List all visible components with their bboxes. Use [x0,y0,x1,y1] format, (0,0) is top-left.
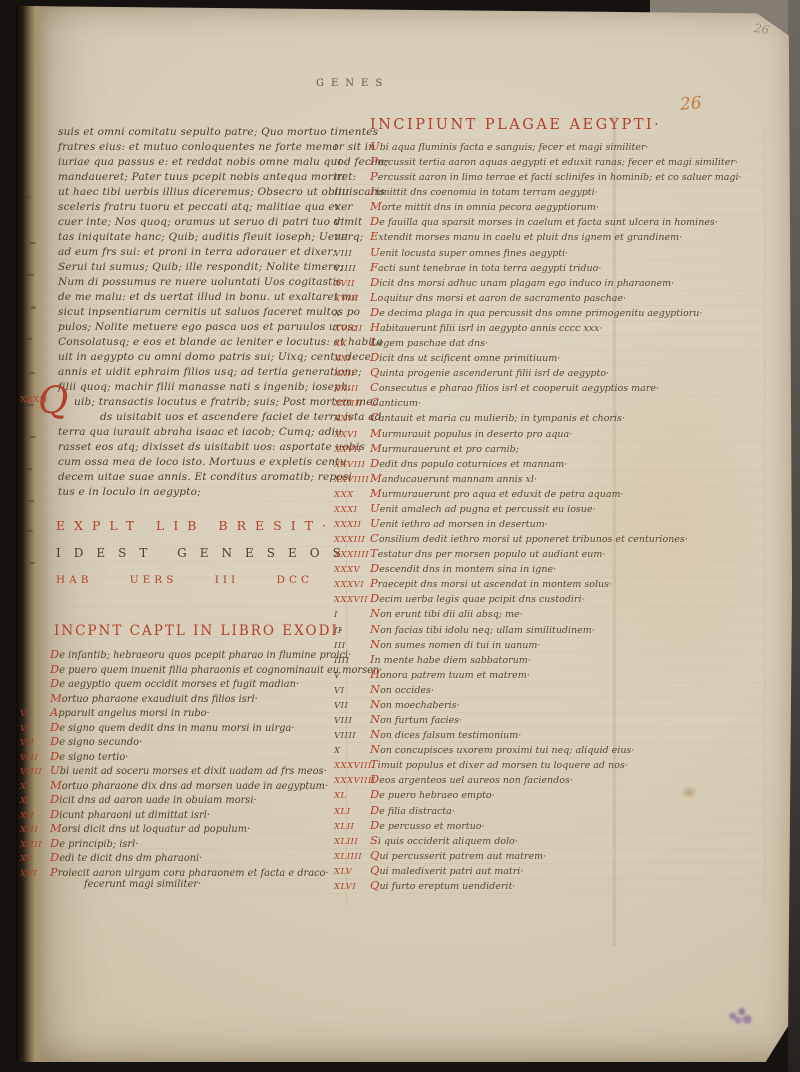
capitula-row: De aegyptio quem occidit morses et fugit… [20,676,299,690]
chapter-numeral: XX [334,339,370,349]
capitula-row: XLVIQui furto ereptum uendiderit· [334,878,515,892]
text-line: cuer inte; Nos quoq; oramus ut seruo di … [58,216,362,228]
edge-fragment-mark [24,196,31,198]
capitula-row: XXIDicit dns ut scificent omne primitiuu… [334,350,560,364]
capitula-row: De puero quem inuenit filia pharaonis et… [20,662,382,676]
capitula-row: VIINon moechaberis· [334,697,460,711]
chapter-numeral: XLII [334,822,370,832]
capitulum-text: bi aqua fluminis facta e sanguis; fecer … [380,142,649,153]
chapter-numeral: XVII [334,279,370,289]
capitula-row: XLIIISi quis occiderit aliquem dolo· [334,833,518,847]
capitulum-text: estatur dns per morsen populo ut audiant… [378,549,606,560]
chapter-numeral: XXVIII [334,460,370,470]
capitula-row: IIPercussit tertia aaron aquas aegypti e… [334,154,738,168]
red-initial: M [370,471,382,485]
capitulum-text: ecim uerba legis quae pcipit dns custodi… [379,594,584,605]
capitulum-text: e signo tertio· [59,752,128,763]
red-initial: L [370,290,378,304]
chapter-numeral: XIII [20,825,50,835]
exodus-capitula-heading: INCPNT CAPTL IN LIBRO EXODI· [54,623,345,639]
capitula-row: XXVIIMurmurauerunt et pro carnib; [334,441,519,455]
capitulum-text: bi uenit ad soceru morses et dixit uadam… [60,766,327,777]
capitula-row: XXXVIIIIDeos argenteos uel aureos non fa… [334,772,573,786]
edge-fragment-mark [31,306,36,309]
capitulum-text: e fauilla qua sparsit morses in caelum e… [379,217,718,228]
capitula-row: XVIProiecit aaron uirgam cora pharaonem … [20,865,329,879]
capitulum-text: roiecit aaron uirgam cora pharaonem et f… [58,868,329,879]
red-initial: M [370,199,382,213]
capitula-row: XXLegem paschae dat dns· [334,335,488,349]
chapter-numeral: XXXV [334,565,370,575]
folio-number-pencil: 26 [753,21,770,37]
red-initial: D [370,787,379,801]
capitulum-text: orsi dicit dns ut loquatur ad populum· [62,824,250,835]
red-initial: M [370,441,382,455]
capitulum-text: on moechaberis· [380,700,460,711]
capitula-row: VMorte mittit dns in omnia pecora aegypt… [334,199,599,213]
capitula-row: XLDe puero hebraeo empto· [334,787,495,801]
red-initial: P [50,865,58,879]
chapter-numeral: II [334,626,370,636]
red-initial: N [370,682,380,696]
edge-fragment-mark [25,468,32,470]
folio-number-ink: 26 [679,93,702,115]
capitula-row: VHonora patrem tuum et matrem· [334,667,530,681]
text-line: fratres eius: et mutuo conloquentes ne f… [58,141,375,153]
capitulum-text: e aegyptio quem occidit morses et fugit … [59,679,299,690]
capitulum-text: on concupisces uxorem proximi tui neq; a… [380,745,634,756]
capitula-row: VIDe signo quem dedit dns in manu morsi … [20,720,294,734]
red-initial: N [370,727,380,741]
chapter-numeral: XXXVIII [334,761,370,771]
chapter-numeral: XXXVIIII [334,776,370,786]
red-initial: D [370,305,379,319]
capitulum-text: on sumes nomen di tui in uanum· [380,640,540,651]
chapter-numeral: XXXIIII [334,550,370,560]
chapter-numeral: XXXIII [334,535,370,545]
capitulum-text: ui maledixerit patri aut matri· [379,866,523,877]
text-line: sicut inpsentiarum cernitis ut saluos fa… [58,306,360,318]
capitula-row: XXXVIIDecim uerba legis quae pcipit dns … [334,591,585,605]
edge-fragment-mark [26,530,33,532]
capitulum-text: on furtum facies· [380,715,462,726]
red-initial: P [370,576,378,590]
capitula-row: XXVCantauit et maria cu mulierib; in tym… [334,410,625,424]
edge-fragment-mark [28,500,34,502]
chapter-numeral: VI [334,686,370,696]
chapter-numeral: IIII [334,656,370,666]
edge-fragment-mark [30,436,36,438]
capitula-row: IIIIIn mente habe diem sabbatorum· [334,652,531,666]
red-initial: D [370,772,379,786]
capitula-row: IIIPercussit aaron in limo terrae et fac… [334,169,742,183]
chapter-numeral: IIII [334,188,370,198]
capitula-row: XVIIDicit dns morsi adhuc unam plagam eg… [334,275,674,289]
capitula-row: XXXIUenit amalech ad pugna et percussit … [334,501,596,515]
red-initial: C [370,410,379,424]
red-initial: N [370,637,380,651]
capitula-row: INon erunt tibi dii alii absq; me· [334,606,523,620]
chapter-numeral: XL [334,791,370,801]
red-initial: S [370,833,378,847]
red-initial: D [50,807,59,821]
capitulum-text: urmurauerunt pro aqua et eduxit de petra… [382,489,624,500]
capitula-row: VIIINon furtum facies· [334,712,462,726]
capitulum-text: icit dns morsi adhuc unam plagam ego ind… [379,278,674,289]
chapter-numeral: VI [20,724,50,734]
red-initial: P [370,154,378,168]
red-initial: U [370,139,380,153]
margin-chapter-numeral: XXXII [20,395,47,405]
text-line: tus e in loculo in aegypto; [58,486,201,498]
capitulum-text: e percusso et mortuo· [379,821,484,832]
capitulum-text: edi te dicit dns dm pharaoni· [59,853,202,864]
red-initial: C [370,531,379,545]
text-line: Num di possumus re nuere uoluntati Uos c… [58,276,342,288]
capitulum-text: escendit dns in montem sina in igne· [379,564,556,575]
red-initial: U [370,245,380,259]
red-initial: C [370,395,379,409]
capitulum-text: eos argenteos uel aureos non faciendos· [379,775,573,786]
capitulum-text: abitauerunt filii isrl in aegypto annis … [380,323,602,334]
capitula-row: XIIDicunt pharaoni ut dimittat isrl· [20,807,210,821]
capitulum-text: egem paschae dat dns· [378,338,488,349]
red-initial: M [370,486,382,500]
chapter-numeral: XIIII [20,840,50,850]
red-initial: D [50,792,59,806]
chapter-numeral: XXVII [334,445,370,455]
text-line: pulos; Nolite metuere ego pasca uos et p… [58,321,357,333]
capitula-row: XVIIIIHabitauerunt filii isrl in aegypto… [334,320,602,334]
capitula-row: XXXIIIITestatur dns per morsen populo ut… [334,546,605,560]
red-initial: D [50,836,59,850]
capitula-row: XVDedi te dicit dns dm pharaoni· [20,850,202,864]
capitulum-text: uinta progenie ascenderunt filii isrl de… [379,368,609,379]
capitula-row: XLIIIIQui percusserit patrem aut matrem· [334,848,546,862]
capitulum-text: ercussit aaron in limo terrae et facti s… [378,172,742,183]
explicit-line-3: HAB UERS III DCC [56,574,313,586]
red-initial: T [370,546,378,560]
text-line: annis et uidit ephraim filios usq; ad te… [58,366,362,378]
explicit-line-2: IDEST GENESEOS [56,546,354,560]
capitulum-text: ortuo pharaone exaudiuit dns filios isrl… [62,694,258,705]
capitulum-text: anticum· [379,398,421,409]
capitulum-text: on erunt tibi dii alii absq; me· [380,609,523,620]
capitulum-text: e infantib; hebraeoru quos pcepit pharao… [59,650,351,661]
capitulum-text: enit amalech ad pugna et percussit eu io… [380,504,596,515]
capitula-row: IIIIInmittit dns coenomia in totam terra… [334,184,598,198]
text-line: rasset eos atq; dixisset ds uisitabit uo… [58,441,365,453]
red-initial: D [370,214,379,228]
red-initial: L [370,335,378,349]
capitula-row: XXVIIIDedit dns populo coturnices et man… [334,456,567,470]
chapter-numeral: XI [20,796,50,806]
red-initial: U [50,763,60,777]
capitula-row: XVIIILoquitur dns morsi et aaron de sacr… [334,290,626,304]
capitulum-text: on facias tibi idolu neq; ullam similitu… [380,625,595,636]
chapter-numeral: VII [334,233,370,243]
capitula-row: IINon facias tibi idolu neq; ullam simil… [334,622,595,636]
chapter-numeral: XLIIII [334,852,370,862]
red-initial: D [50,647,59,661]
chapter-numeral: XXXI [334,505,370,515]
text-line: cum ossa mea de loco isto. Mortuus e exp… [58,456,347,468]
red-initial: D [370,350,379,364]
capitula-row: XXVIMurmurauit populus in deserto pro aq… [334,426,572,440]
ink-stain [680,786,698,799]
chapter-numeral: III [334,173,370,183]
capitula-row: XXXMurmurauerunt pro aqua et eduxit de p… [334,486,624,500]
text-line: mandaueret; Pater tuus pcepit nobis ante… [58,171,356,183]
red-initial: D [370,803,379,817]
capitulum-text: oquitur dns morsi et aaron de sacramento… [378,293,626,304]
chapter-numeral: V [20,709,50,719]
capitula-row: XXXVIPraecepit dns morsi ut ascendat in … [334,576,612,590]
capitulum-text: ercussit tertia aaron aquas aegypti et e… [378,157,738,168]
red-initial: D [370,818,379,832]
capitula-row: VIIDe signo secundo· [20,734,142,748]
capitulum-text: onsilium dedit iethro morsi ut pponeret … [379,534,688,545]
chapter-numeral: XLI [334,807,370,817]
chapter-numeral: VIIII [20,767,50,777]
chapter-numeral: X [20,782,50,792]
capitula-row: XXXIIUenit iethro ad morsen in desertum· [334,516,548,530]
red-initial: D [50,749,59,763]
capitulum-text: urmurauerunt et pro carnib; [382,444,519,455]
capitula-row: XLVQui maledixerit patri aut matri· [334,863,523,877]
red-initial: N [370,606,380,620]
red-initial: N [370,697,380,711]
red-initial: M [50,778,62,792]
capitulum-text: e puero hebraeo empto· [379,790,494,801]
chapter-numeral: XII [20,811,50,821]
chapter-numeral: XXVI [334,430,370,440]
red-initial: H [370,320,380,334]
capitula-row: XLIDe filia distracta· [334,803,455,817]
capitula-row: XIDicit dns ad aaron uade in obuiam mors… [20,792,257,806]
chapter-numeral: VI [334,218,370,228]
capitula-row: IIINon sumes nomen di tui in uanum· [334,637,540,651]
genesis-text-block: suis et omni comitatu sepulto patre; Quo… [58,126,358,516]
capitulum-text: enit locusta super omnes fines aegypti· [380,248,568,259]
chapter-numeral: X [334,746,370,756]
chapter-numeral: VIIII [334,731,370,741]
capitula-row: VIIIDe signo tertio· [20,749,128,763]
capitulum-text: e signo secundo· [59,737,142,748]
red-initial: D [370,561,379,575]
red-initial: U [370,516,380,530]
capitula-row: VIIIINon dices falsum testimonium· [334,727,521,741]
red-initial: D [50,850,59,864]
red-initial: N [370,622,380,636]
capitula-row: Mortuo pharaone exaudiuit dns filios isr… [20,691,258,705]
capitula-row: fecerunt magi similiter· [84,879,201,890]
chapter-numeral: XXXII [334,520,370,530]
red-initial: D [50,734,59,748]
chapter-numeral: XXX [334,490,370,500]
red-initial: P [370,169,378,183]
capitula-row: VIIIIFacti sunt tenebrae in tota terra a… [334,260,601,274]
edge-fragment-mark [26,274,34,276]
chapter-numeral: XV [20,854,50,864]
capitula-row: XMortuo pharaone dix dns ad morsen uade … [20,778,328,792]
red-initial: C [370,380,379,394]
capitulum-text: nmittit dns coenomia in totam terram aeg… [375,187,598,198]
capitula-row: XXIIQuinta progenie ascenderunt filii is… [334,365,609,379]
capitulum-text: onora patrem tuum et matrem· [380,670,530,681]
chapter-numeral: VII [20,738,50,748]
red-initial: D [370,456,379,470]
capitulum-text: xtendit morses manu in caelu et pluit dn… [378,232,682,243]
capitulum-text: icit dns ad aaron uade in obuiam morsi· [59,795,256,806]
capitula-row: XXXVIIITimuit populus et dixer ad morsen… [334,757,628,771]
chapter-numeral: I [334,143,370,153]
text-line: ad eum frs sui: et proni in terra adorau… [58,246,336,258]
capitulum-text: edit dns populo coturnices et mannam· [379,459,567,470]
capitula-row: De infantib; hebraeoru quos pcepit phara… [20,647,351,661]
chapter-numeral: XXIIII [334,399,370,409]
plagae-aegypti-heading: INCIPIUNT PLAGAE AEGYPTI· [370,117,661,133]
manuscript-photo: GENES 26 26 suis et omni comitatu sepult… [0,0,800,1072]
capitulum-text: icit dns ut scificent omne primitiuum· [379,353,560,364]
capitulum-text: icunt pharaoni ut dimittat isrl· [59,810,210,821]
chapter-numeral: VIII [20,753,50,763]
capitula-row: XXIIIICanticum· [334,395,421,409]
library-stamp [722,1005,758,1027]
manuscript-page: GENES 26 26 suis et omni comitatu sepult… [16,6,792,1062]
capitula-row: XIIIMorsi dicit dns ut loquatur ad popul… [20,821,250,835]
edge-fragment-mark [30,562,35,564]
capitulum-text: imuit populus et dixer ad morsen tu loqu… [378,760,628,771]
red-initial: M [50,691,62,705]
capitula-row: XLIIDe percusso et mortuo· [334,818,484,832]
text-line: suis et omni comitatu sepulto patre; Quo… [58,126,378,138]
chapter-numeral: XVI [20,869,50,879]
capitulum-text: antauit et maria cu mulierib; in tympani… [379,413,625,424]
capitulum-text: onsecutus e pharao filios isrl et cooper… [379,383,659,394]
capitula-row: XNon concupisces uxorem proximi tui neq;… [334,742,634,756]
chapter-numeral: XXXVI [334,580,370,590]
chapter-numeral: III [334,641,370,651]
capitulum-text: e signo quem dedit dns in manu morsi in … [59,723,294,734]
chapter-numeral: VII [334,701,370,711]
red-initial: D [50,676,59,690]
capitula-row: XXIIIConsecutus e pharao filios isrl et … [334,380,659,394]
capitula-row: VIDe fauilla qua sparsit morses in caelu… [334,214,718,228]
capitula-row: VIIIIUbi uenit ad soceru morses et dixit… [20,763,327,777]
capitula-row: XXXIIIConsilium dedit iethro morsi ut pp… [334,531,688,545]
capitulum-text: orte mittit dns in omnia pecora aegyptio… [382,202,599,213]
capitulum-text: on dices falsum testimonium· [380,730,521,741]
capitulum-text: n mente habe diem sabbatorum· [375,655,531,666]
capitulum-text: pparuit angelus morsi in rubo· [58,708,209,719]
chapter-numeral: VIIII [334,264,370,274]
red-initial: M [370,426,382,440]
running-title: GENES [316,78,389,89]
capitula-row: VIIIUenit locusta super omnes fines aegy… [334,245,568,259]
capitulum-text: ui furto ereptum uendiderit· [379,881,515,892]
capitulum-text: raecepit dns morsi ut ascendat in montem… [378,579,612,590]
capitula-row: XXVIIIIManducauerunt mannam annis xl· [334,471,537,485]
chapter-numeral: XXV [334,414,370,424]
text-line: terra qua iurauit abraha isaac et iacob;… [58,426,342,438]
capitulum-text: urmurauit populus in deserto pro aqua· [382,429,572,440]
capitula-row: XIIIIDe principib; isrl· [20,836,138,850]
red-initial: H [370,667,380,681]
red-initial: N [370,742,380,756]
red-initial: F [370,260,378,274]
chapter-numeral: II [334,158,370,168]
capitulum-text: e principib; isrl· [59,839,138,850]
text-line: decem uitae suae annis. Et conditus arom… [58,471,352,483]
capitulum-text: ortuo pharaone dix dns ad morsen uade in… [62,781,328,792]
capitulum-text: anducauerunt mannam annis xl· [382,474,537,485]
chapter-numeral: XVIIII [334,324,370,334]
chapter-numeral: XLIII [334,837,370,847]
capitulum-text: i quis occiderit aliquem dolo· [378,836,518,847]
capitulum-text: enit iethro ad morsen in desertum· [380,519,548,530]
edge-fragment-mark [29,372,35,374]
capitula-row: VApparuit angelus morsi in rubo· [20,705,210,719]
chapter-numeral: V [334,671,370,681]
chapter-numeral: XXII [334,369,370,379]
capitula-row: VIIExtendit morses manu in caelu et plui… [334,229,682,243]
red-initial: M [50,821,62,835]
chapter-numeral: XXXVII [334,595,370,605]
text-line: de me malu: et ds uertat illud in bonu. … [58,291,358,303]
chapter-numeral: VIII [334,249,370,259]
capitulum-text: acti sunt tenebrae in tota terra aegypti… [378,263,601,274]
text-line: filii quoq; machir filii manasse nati s … [58,381,352,393]
chapter-numeral: I [334,610,370,620]
chapter-numeral: X [334,309,370,319]
binding-gutter [16,6,50,1062]
red-initial: D [50,662,59,676]
explicit-line-1: EXPLT LIB BRESIT· [56,518,335,533]
edge-fragment-mark [25,338,32,340]
capitulum-text: ui percusserit patrem aut matrem· [379,851,546,862]
capitulum-text: on occides· [380,685,434,696]
text-line: tas iniquitate hanc; Quib; auditis fleui… [58,231,364,243]
red-initial: T [370,757,378,771]
capitula-row: XXXVDescendit dns in montem sina in igne… [334,561,556,575]
text-line: sceleris fratru tuoru et peccati atq; ma… [58,201,353,213]
capitula-row: XDe decima plaga in qua percussit dns om… [334,305,702,319]
red-initial: N [370,712,380,726]
red-initial: D [370,275,379,289]
chapter-numeral: VIII [334,716,370,726]
chapter-numeral: XXIII [334,384,370,394]
capitula-row: VINon occides· [334,682,434,696]
chapter-numeral: XLV [334,867,370,877]
chapter-numeral: XXI [334,354,370,364]
chapter-numeral: V [334,203,370,213]
capitulum-text: e decima plaga in qua percussit dns omne… [379,308,702,319]
red-initial: D [370,591,379,605]
text-line: Serui tui sumus; Quib; ille respondit; N… [58,261,343,273]
chapter-numeral: XXVIIII [334,475,370,485]
chapter-numeral: XVIII [334,294,370,304]
edge-fragment-mark [30,242,36,244]
capitula-row: IUbi aqua fluminis facta e sanguis; fece… [334,139,649,153]
text-line: uit in aegypto cu omni domo patris sui; … [58,351,371,363]
capitulum-text: e filia distracta· [379,806,455,817]
chapter-numeral: XLVI [334,882,370,892]
red-initial: D [50,720,59,734]
red-initial: U [370,501,380,515]
